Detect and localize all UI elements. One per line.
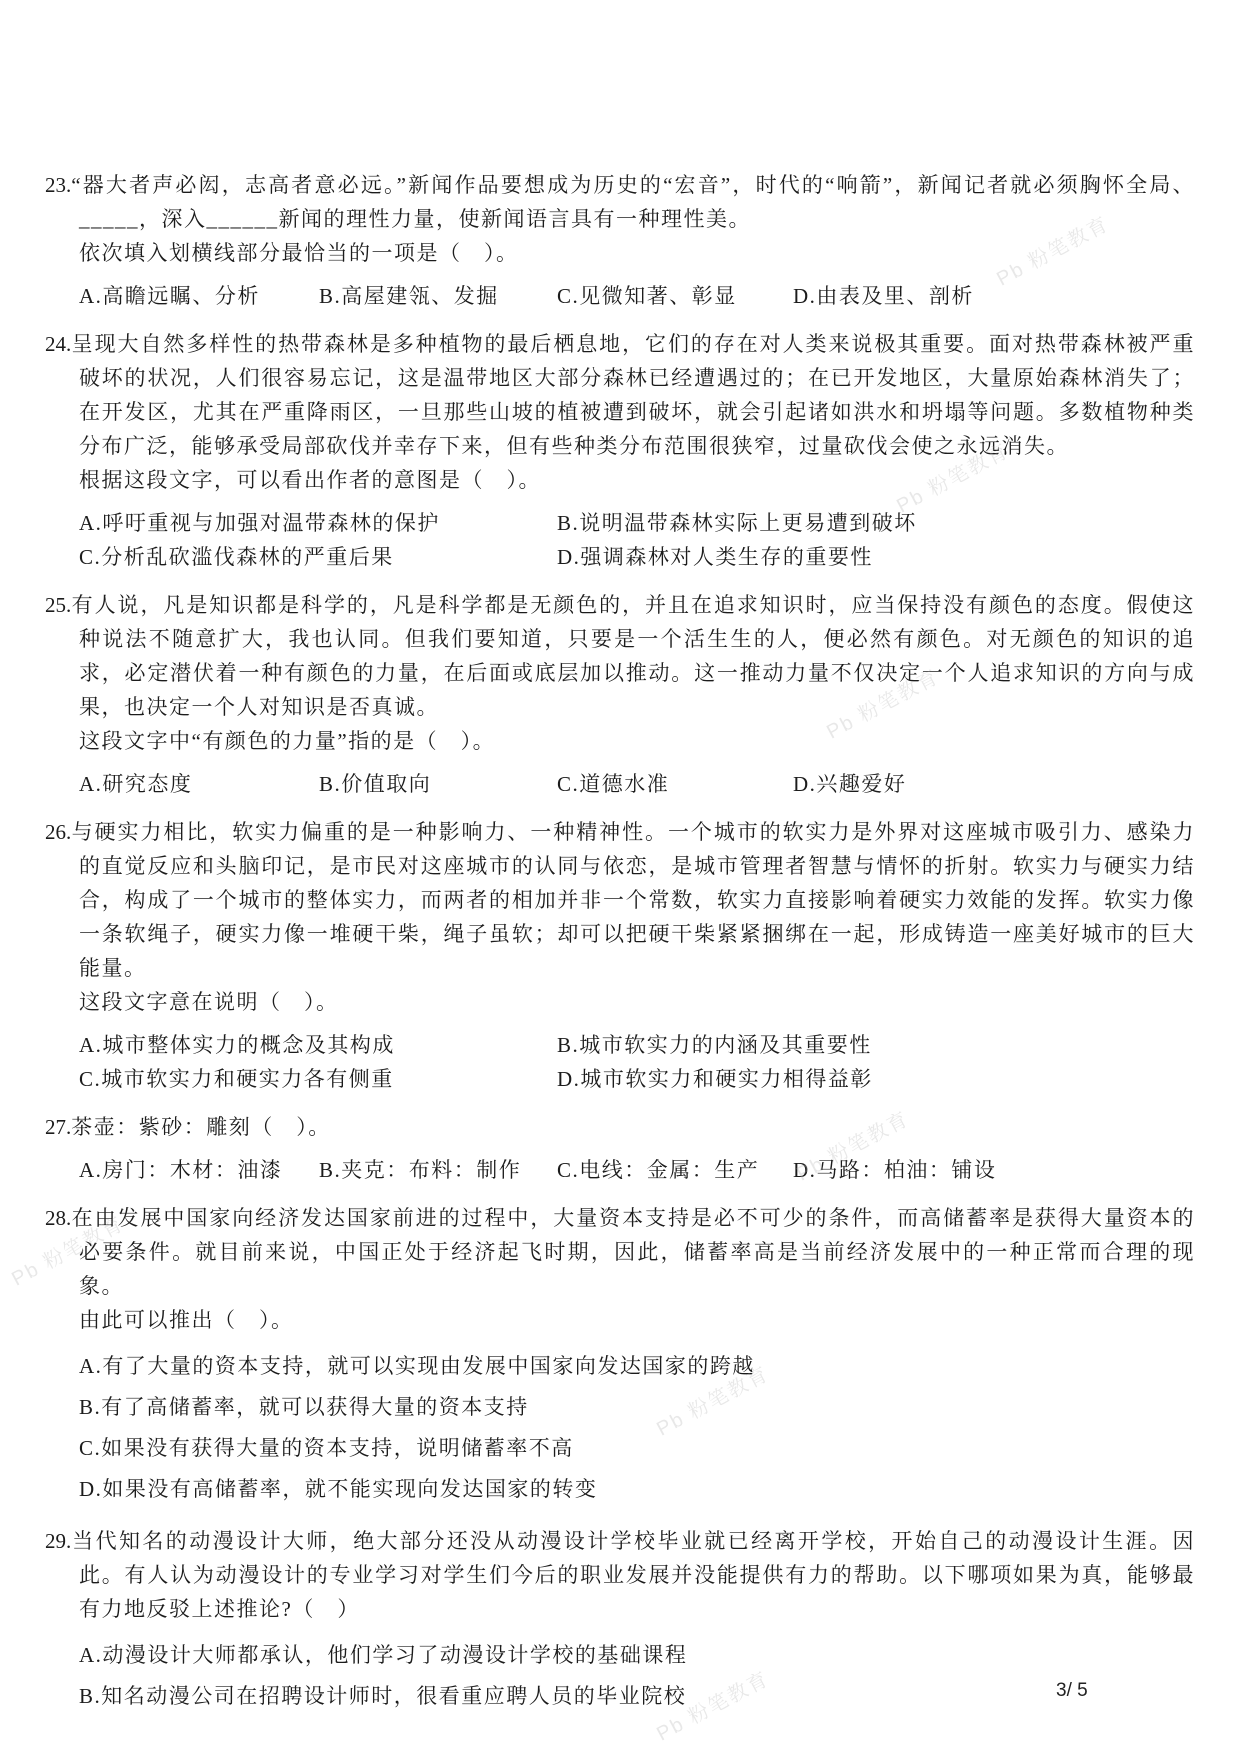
question-27-option-a: A.房门：木材：油漆 bbox=[79, 1153, 319, 1187]
question-24-option-a: A.呼吁重视与加强对温带森林的保护 bbox=[79, 506, 557, 540]
question-23-options: A.高瞻远瞩、分析 B.高屋建瓴、发掘 C.见微知著、彰显 D.由表及里、剖析 bbox=[45, 279, 1195, 313]
question-28-stem-text: 在由发展中国家向经济发达国家前进的过程中，大量资本支持是必不可少的条件，而高储蓄… bbox=[71, 1206, 1195, 1298]
question-26-option-c: C.城市软实力和硬实力各有侧重 bbox=[79, 1062, 557, 1096]
question-26-option-b: B.城市软实力的内涵及其重要性 bbox=[557, 1028, 1195, 1062]
question-24-stem-text: 呈现大自然多样性的热带森林是多种植物的最后栖息地，它们的存在对人类来说极其重要。… bbox=[71, 332, 1195, 458]
question-26-option-d: D.城市软实力和硬实力相得益彰 bbox=[557, 1062, 1195, 1096]
question-26: 26.与硬实力相比，软实力偏重的是一种影响力、一种精神性。一个城市的软实力是外界… bbox=[45, 815, 1195, 1096]
question-27-options: A.房门：木材：油漆 B.夹克：布料：制作 C.电线：金属：生产 D.马路：柏油… bbox=[45, 1153, 1195, 1187]
question-28-option-b: B.有了高储蓄率，就可以获得大量的资本支持 bbox=[79, 1387, 1195, 1428]
question-23-option-c: C.见微知著、彰显 bbox=[557, 279, 793, 313]
question-28-option-c: C.如果没有获得大量的资本支持，说明储蓄率不高 bbox=[79, 1428, 1195, 1469]
question-25: 25.有人说，凡是知识都是科学的，凡是科学都是无颜色的，并且在追求知识时，应当保… bbox=[45, 588, 1195, 801]
question-27-option-b: B.夹克：布料：制作 bbox=[319, 1153, 557, 1187]
question-24-stem: 24.呈现大自然多样性的热带森林是多种植物的最后栖息地，它们的存在对人类来说极其… bbox=[45, 327, 1195, 463]
question-24-option-b: B.说明温带森林实际上更易遭到破坏 bbox=[557, 506, 1195, 540]
question-28-prompt: 由此可以推出（ ）。 bbox=[45, 1303, 1195, 1337]
question-28: 28.在由发展中国家向经济发达国家前进的过程中，大量资本支持是必不可少的条件，而… bbox=[45, 1201, 1195, 1510]
question-23: 23.“器大者声必闳，志高者意必远。”新闻作品要想成为历史的“宏音”，时代的“响… bbox=[45, 168, 1195, 313]
question-29: 29.当代知名的动漫设计大师，绝大部分还没从动漫设计学校毕业就已经离开学校，开始… bbox=[45, 1524, 1195, 1717]
question-27-stem-text: 茶壶：紫砂：雕刻（ ）。 bbox=[71, 1115, 331, 1139]
question-25-option-b: B.价值取向 bbox=[319, 767, 557, 801]
question-24-options: A.呼吁重视与加强对温带森林的保护 B.说明温带森林实际上更易遭到破坏 C.分析… bbox=[45, 506, 1195, 574]
question-26-prompt: 这段文字意在说明（ ）。 bbox=[45, 985, 1195, 1019]
question-25-option-a: A.研究态度 bbox=[79, 767, 319, 801]
exam-page-content: 23.“器大者声必闳，志高者意必远。”新闻作品要想成为历史的“宏音”，时代的“响… bbox=[45, 168, 1195, 1731]
question-27: 27.茶壶：紫砂：雕刻（ ）。 A.房门：木材：油漆 B.夹克：布料：制作 C.… bbox=[45, 1110, 1195, 1187]
question-23-option-a: A.高瞻远瞩、分析 bbox=[79, 279, 319, 313]
question-25-stem: 25.有人说，凡是知识都是科学的，凡是科学都是无颜色的，并且在追求知识时，应当保… bbox=[45, 588, 1195, 724]
question-24-option-d: D.强调森林对人类生存的重要性 bbox=[557, 540, 1195, 574]
question-23-option-b: B.高屋建瓴、发掘 bbox=[319, 279, 557, 313]
question-29-stem: 29.当代知名的动漫设计大师，绝大部分还没从动漫设计学校毕业就已经离开学校，开始… bbox=[45, 1524, 1195, 1626]
question-29-stem-text: 当代知名的动漫设计大师，绝大部分还没从动漫设计学校毕业就已经离开学校，开始自己的… bbox=[71, 1529, 1195, 1621]
question-23-stem: 23.“器大者声必闳，志高者意必远。”新闻作品要想成为历史的“宏音”，时代的“响… bbox=[45, 168, 1195, 236]
question-25-prompt: 这段文字中“有颜色的力量”指的是（ ）。 bbox=[45, 724, 1195, 758]
question-25-option-d: D.兴趣爱好 bbox=[793, 767, 1195, 801]
question-25-stem-text: 有人说，凡是知识都是科学的，凡是科学都是无颜色的，并且在追求知识时，应当保持没有… bbox=[71, 593, 1195, 719]
question-28-option-a: A.有了大量的资本支持，就可以实现由发展中国家向发达国家的跨越 bbox=[79, 1346, 1195, 1387]
question-26-option-a: A.城市整体实力的概念及其构成 bbox=[79, 1028, 557, 1062]
question-28-options: A.有了大量的资本支持，就可以实现由发展中国家向发达国家的跨越 B.有了高储蓄率… bbox=[45, 1346, 1195, 1510]
question-23-prompt: 依次填入划横线部分最恰当的一项是（ ）。 bbox=[45, 236, 1195, 270]
question-29-number: 29. bbox=[45, 1529, 71, 1553]
question-27-option-d: D.马路：柏油：铺设 bbox=[793, 1153, 1195, 1187]
page-number: 3/ 5 bbox=[1056, 1680, 1088, 1702]
question-28-stem: 28.在由发展中国家向经济发达国家前进的过程中，大量资本支持是必不可少的条件，而… bbox=[45, 1201, 1195, 1303]
question-29-option-a: A.动漫设计大师都承认，他们学习了动漫设计学校的基础课程 bbox=[79, 1635, 1195, 1676]
question-27-number: 27. bbox=[45, 1115, 71, 1139]
question-27-stem: 27.茶壶：紫砂：雕刻（ ）。 bbox=[45, 1110, 1195, 1144]
question-26-number: 26. bbox=[45, 820, 71, 844]
question-23-option-d: D.由表及里、剖析 bbox=[793, 279, 1195, 313]
question-26-stem: 26.与硬实力相比，软实力偏重的是一种影响力、一种精神性。一个城市的软实力是外界… bbox=[45, 815, 1195, 985]
question-24: 24.呈现大自然多样性的热带森林是多种植物的最后栖息地，它们的存在对人类来说极其… bbox=[45, 327, 1195, 574]
question-25-options: A.研究态度 B.价值取向 C.道德水准 D.兴趣爱好 bbox=[45, 767, 1195, 801]
question-28-number: 28. bbox=[45, 1206, 71, 1230]
question-29-option-b: B.知名动漫公司在招聘设计师时，很看重应聘人员的毕业院校 bbox=[79, 1676, 1195, 1717]
question-24-prompt: 根据这段文字，可以看出作者的意图是（ ）。 bbox=[45, 463, 1195, 497]
question-23-number: 23. bbox=[45, 173, 71, 197]
question-27-option-c: C.电线：金属：生产 bbox=[557, 1153, 793, 1187]
question-29-options: A.动漫设计大师都承认，他们学习了动漫设计学校的基础课程 B.知名动漫公司在招聘… bbox=[45, 1635, 1195, 1717]
question-23-stem-text: “器大者声必闳，志高者意必远。”新闻作品要想成为历史的“宏音”，时代的“响箭”，… bbox=[71, 173, 1195, 231]
question-25-option-c: C.道德水准 bbox=[557, 767, 793, 801]
question-24-number: 24. bbox=[45, 332, 71, 356]
question-28-option-d: D.如果没有高储蓄率，就不能实现向发达国家的转变 bbox=[79, 1469, 1195, 1510]
question-25-number: 25. bbox=[45, 593, 71, 617]
question-24-option-c: C.分析乱砍滥伐森林的严重后果 bbox=[79, 540, 557, 574]
question-26-options: A.城市整体实力的概念及其构成 B.城市软实力的内涵及其重要性 C.城市软实力和… bbox=[45, 1028, 1195, 1096]
question-26-stem-text: 与硬实力相比，软实力偏重的是一种影响力、一种精神性。一个城市的软实力是外界对这座… bbox=[71, 820, 1195, 980]
